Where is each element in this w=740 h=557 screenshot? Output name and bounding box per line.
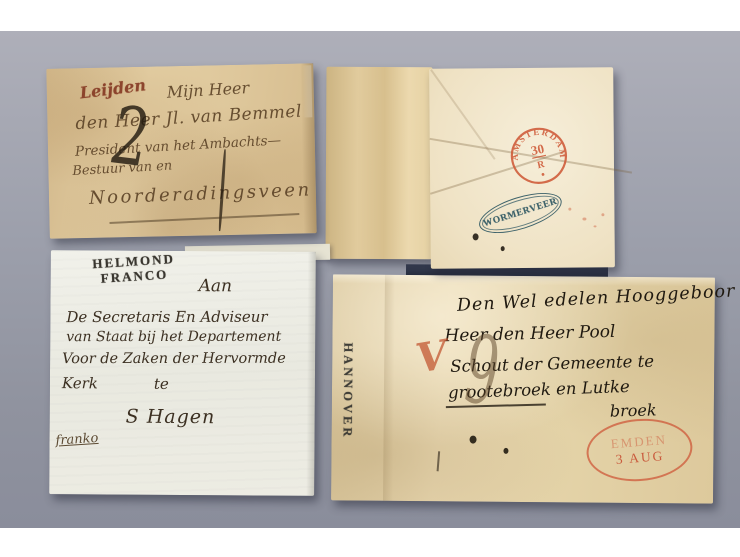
address-line: broek [610,400,657,420]
red-speck [601,213,604,216]
address-line-destination: Noorderadingsveen [89,179,312,209]
address-line-destination: S Hagen [126,406,216,429]
photo-background: Leijden Mijn Heer den Heer Jl. van Bemme… [0,31,740,528]
address-line: President van het Ambachts— [75,132,282,159]
letter-top-right: AMSTERDAM 30 R WORMERVEER [429,67,615,269]
emden-date-text: 3 AUG [615,448,665,468]
folded-letter-strip [325,67,432,260]
letter-top-left: Leijden Mijn Heer den Heer Jl. van Bemme… [46,63,317,239]
ink-blot [503,448,508,454]
red-speck [568,208,571,211]
white-border-top [0,0,740,31]
red-speck [594,225,597,227]
franko-note: franko [55,431,99,449]
ink-blot [470,436,477,444]
cds-code: R [536,159,546,171]
ink-flourish [109,213,299,223]
red-speck [582,217,586,220]
salutation: Aan [199,276,233,296]
amsterdam-datestamp: AMSTERDAM 30 R [491,108,586,203]
crease-line [431,69,496,159]
letter-bottom-left: HELMOND FRANCO Aan De Secretaris En Advi… [49,250,316,496]
address-line: Voor de Zaken der Hervormde [62,351,286,367]
ink-blot [501,246,505,251]
manuscript-rate-mark: 9 [462,322,501,423]
manuscript-rate-mark: 2 [110,95,151,179]
white-border-bottom [0,528,740,557]
emden-oval-datestamp: EMDEN 3 AUG [584,415,695,485]
photo-of-four-antique-letters: Leijden Mijn Heer den Heer Jl. van Bemme… [0,0,740,557]
hannover-handstamp: HANNOVER [340,342,356,439]
address-line: van Staat bij het Departement [66,329,281,345]
ink-blot [473,233,479,240]
helmond-franco-handstamp: HELMOND FRANCO [92,251,176,286]
address-line: Mijn Heer [166,78,249,102]
address-line: den Heer Jl. van Bemmel [75,102,302,135]
address-line: De Secretaris En Adviseur [66,308,267,326]
address-line: Kerk [62,374,98,392]
address-line: Den Wel edelen Hooggeboor [456,281,735,316]
address-line: te [154,375,169,393]
letter-bottom-right: HANNOVER Den Wel edelen Hooggeboor Heer … [331,274,715,503]
ink-stroke [437,451,440,471]
wormerveer-text: WORMERVEER [482,197,558,230]
